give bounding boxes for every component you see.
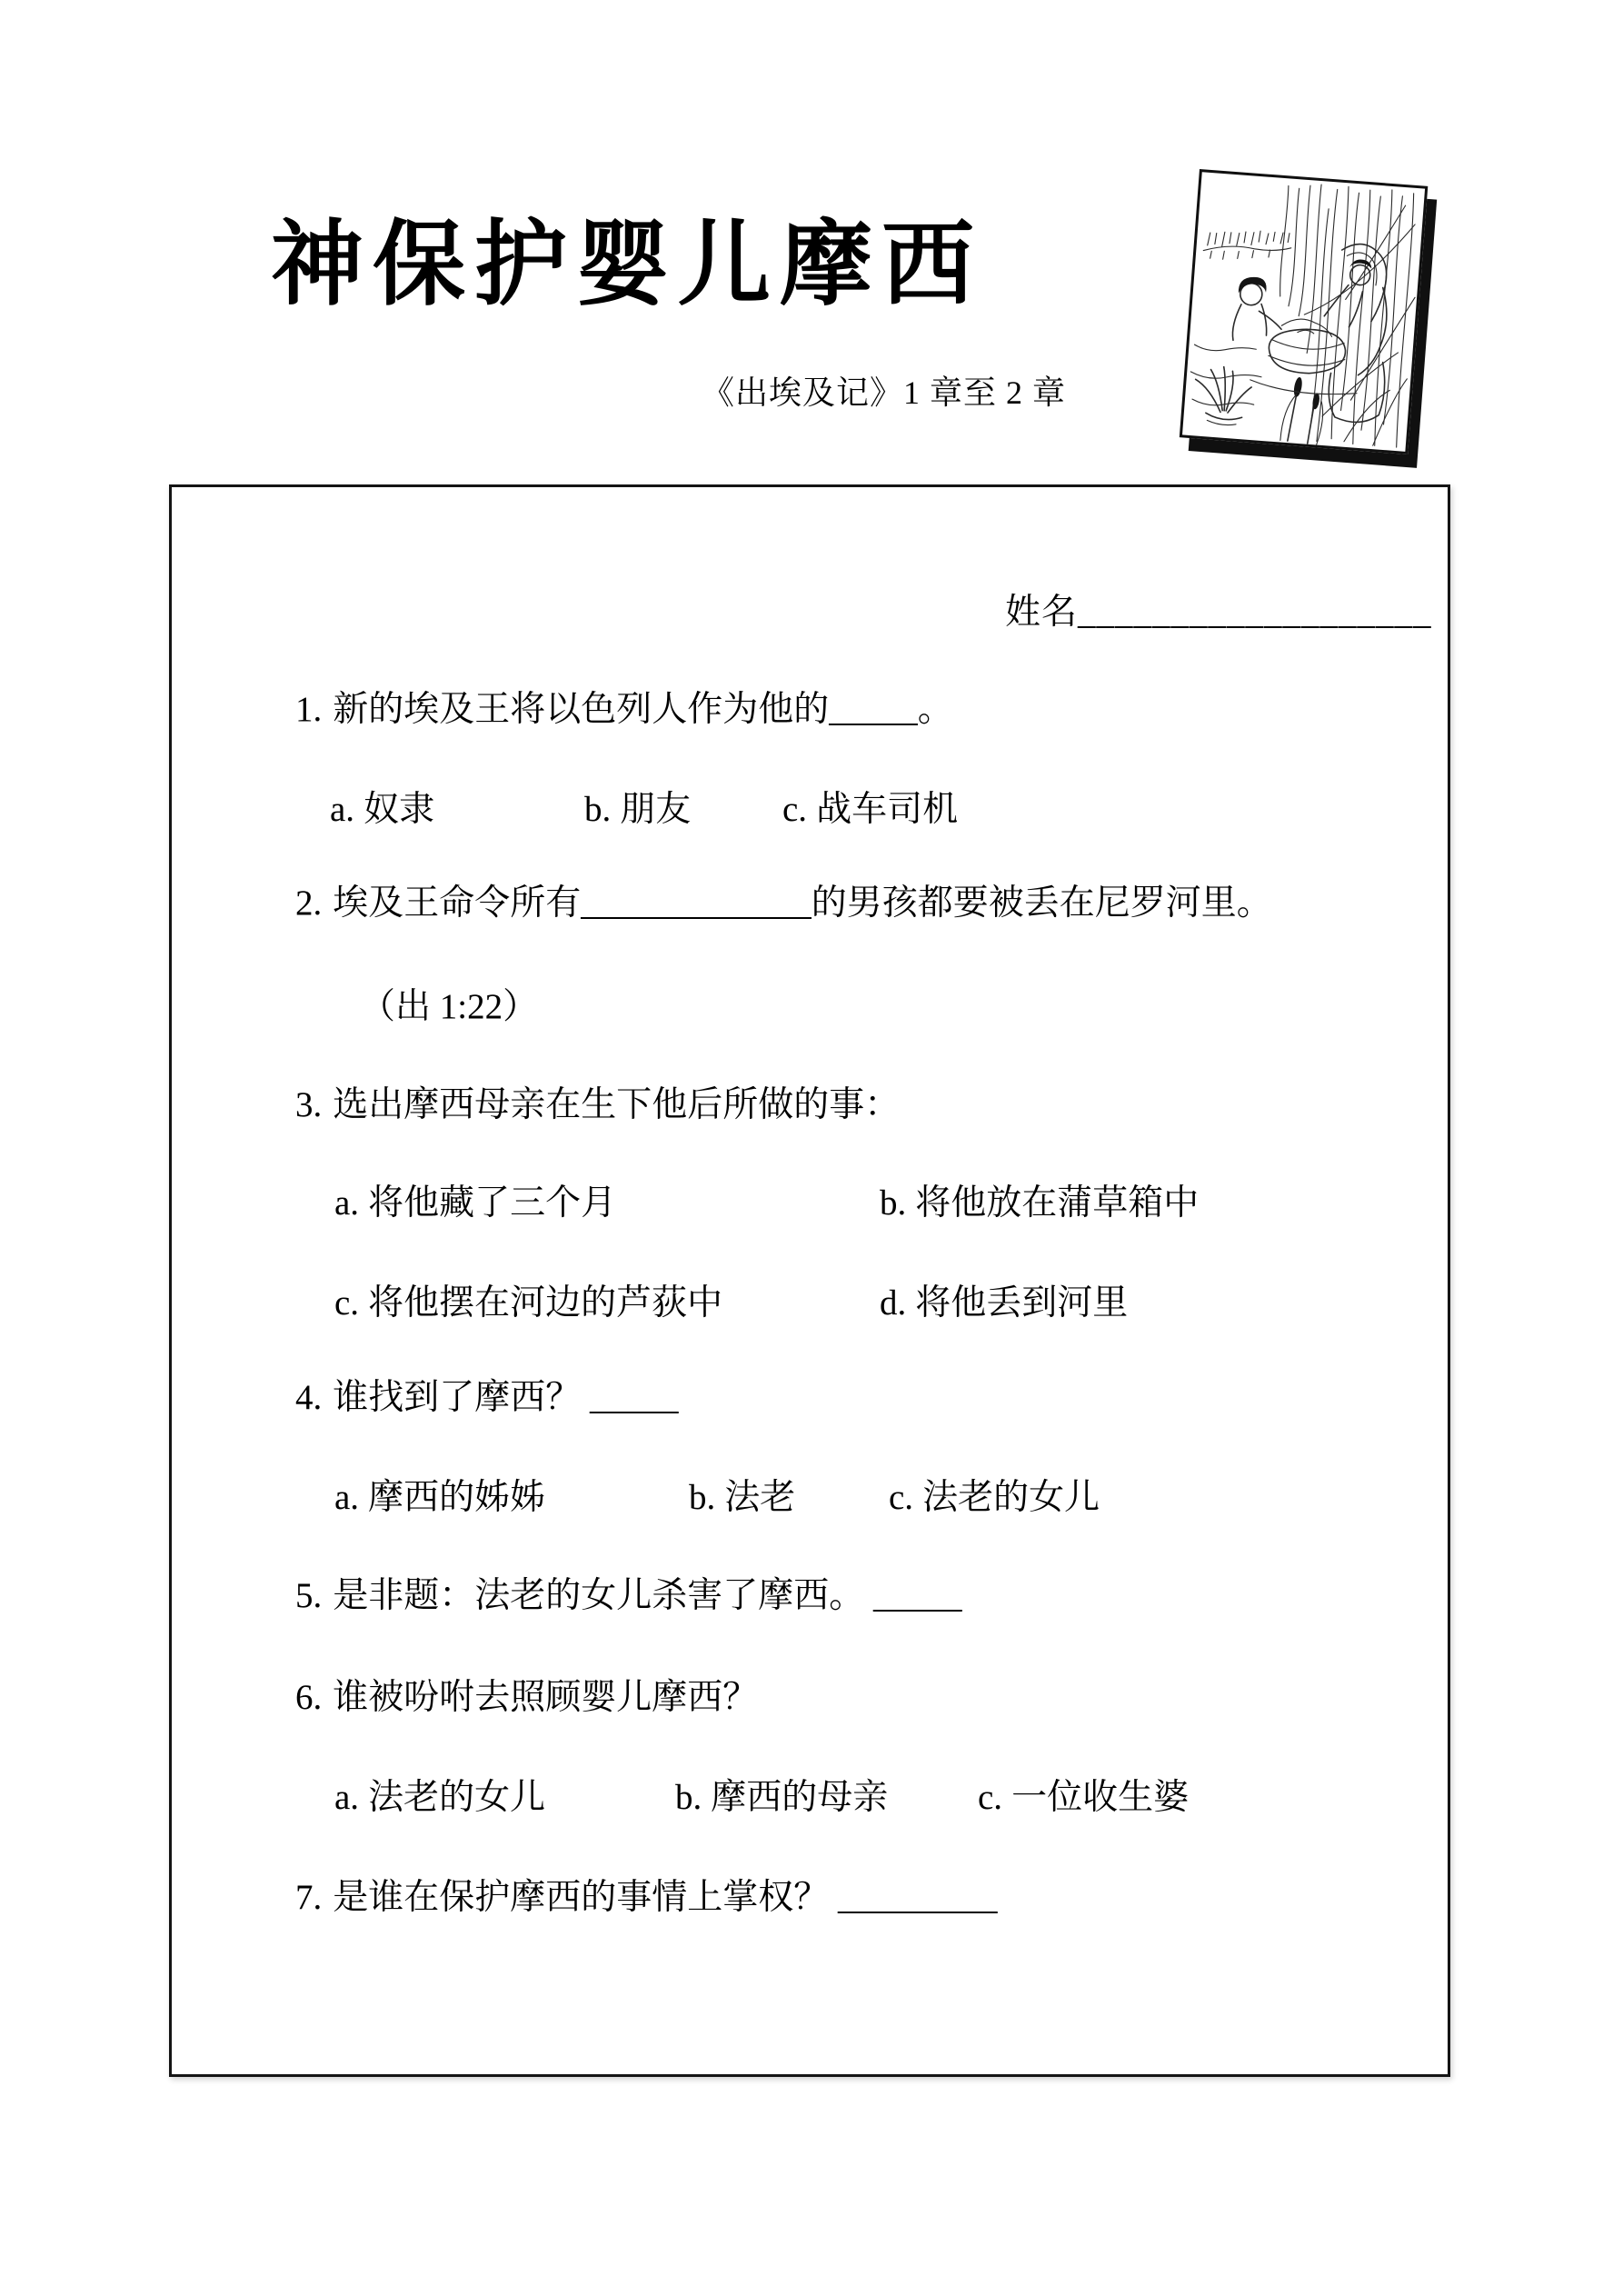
question-1-option-b: b.朋友 — [584, 789, 691, 832]
question-3: 3.选出摩西母亲在生下他后所做的事： — [295, 1084, 900, 1127]
distant-reed-bank — [1203, 227, 1292, 265]
question-3-text: 选出摩西母亲在生下他后所做的事： — [333, 1085, 900, 1124]
name-row: 姓名___________________ — [1005, 592, 1432, 634]
question-5-text: 是非题：法老的女儿杀害了摩西。 _____ — [333, 1576, 961, 1615]
question-3-option-d: d.将他丢到河里 — [880, 1283, 1128, 1325]
question-6-number: 6. — [295, 1678, 322, 1717]
question-5-number: 5. — [295, 1576, 322, 1615]
bush — [1193, 364, 1253, 421]
question-2-number: 2. — [295, 883, 322, 923]
moses-basket — [1268, 316, 1348, 375]
question-1: 1.新的埃及王将以色列人作为他的_____。 — [295, 689, 953, 732]
question-4: 4.谁找到了摩西？ _____ — [295, 1377, 679, 1420]
page-title: 神保护婴儿摩西 — [271, 191, 983, 324]
question-1-option-c: c.战车司机 — [782, 789, 958, 832]
question-3-number: 3. — [295, 1085, 322, 1124]
cattails — [1280, 375, 1326, 444]
question-6-option-c: c.一位收生婆 — [978, 1777, 1189, 1820]
worksheet-box: 姓名___________________ 1.新的埃及王将以色列人作为他的__… — [169, 484, 1450, 2077]
name-blank-line: ___________________ — [1078, 593, 1432, 632]
baby-moses-illustration — [1182, 172, 1425, 452]
page-subtitle: 《出埃及记》1 章至 2 章 — [702, 367, 1066, 414]
illustration-card — [1180, 169, 1428, 454]
question-4-option-c: c.法老的女儿 — [889, 1477, 1100, 1520]
name-label: 姓名 — [1005, 593, 1078, 632]
question-4-number: 4. — [295, 1378, 322, 1417]
question-7-text: 是谁在保护摩西的事情上掌权？ _________ — [333, 1878, 997, 1917]
question-4-option-a: a.摩西的姊姊 — [334, 1477, 545, 1520]
question-4-option-b: b.法老 — [689, 1477, 795, 1520]
question-1-text: 新的埃及王将以色列人作为他的_____。 — [333, 690, 953, 729]
question-1-option-a: a.奴隶 — [330, 789, 434, 832]
question-7: 7.是谁在保护摩西的事情上掌权？ _________ — [295, 1877, 998, 1920]
question-5: 5.是非题：法老的女儿杀害了摩西。 _____ — [295, 1575, 962, 1618]
worksheet-page: 神保护婴儿摩西 《出埃及记》1 章至 2 章 — [0, 0, 1623, 2296]
tall-reeds — [1269, 182, 1423, 447]
question-1-number: 1. — [295, 690, 322, 729]
question-3-option-a: a.将他藏了三个月 — [334, 1183, 616, 1225]
question-2-text: 埃及王命令所有_____________的男孩都要被丢在尼罗河里。 — [333, 883, 1272, 923]
child-figure — [1232, 275, 1285, 344]
shore-line — [1250, 380, 1357, 397]
question-2-reference: （出 1:22） — [360, 986, 538, 1029]
question-6-text: 谁被吩咐去照顾婴儿摩西？ — [333, 1678, 758, 1717]
illustration-frame — [1180, 169, 1428, 454]
question-2: 2.埃及王命令所有_____________的男孩都要被丢在尼罗河里。 — [295, 883, 1272, 925]
question-6-option-b: b.摩西的母亲 — [675, 1777, 888, 1820]
question-4-text: 谁找到了摩西？ _____ — [333, 1378, 678, 1417]
question-6-option-a: a.法老的女儿 — [334, 1777, 545, 1820]
question-3-option-b: b.将他放在蒲草箱中 — [880, 1183, 1199, 1225]
question-7-number: 7. — [295, 1878, 322, 1917]
question-3-option-c: c.将他摆在河边的芦荻中 — [334, 1283, 722, 1325]
question-6: 6.谁被吩咐去照顾婴儿摩西？ — [295, 1677, 758, 1720]
